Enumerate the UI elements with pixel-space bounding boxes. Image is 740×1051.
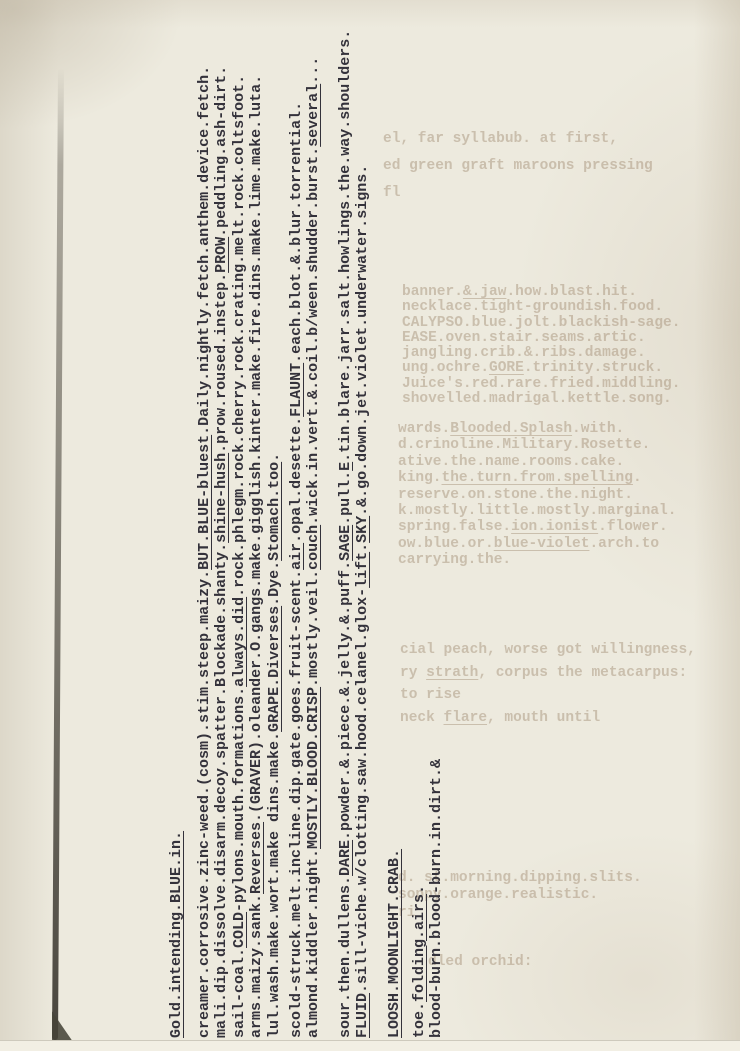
- text-segment: .trinity.struck.: [524, 360, 663, 376]
- underlined-text: Blooded.Splash: [450, 421, 572, 437]
- text-segment: creamer.corrosive.zinc-weed.(cosm).stim.…: [196, 570, 213, 1038]
- paragraph-sour-then: sour.then.dullens.DARE.powder.&.piece.&.…: [337, 53, 372, 1038]
- text-line: Gold.intending.BLUE.in.: [168, 53, 186, 1038]
- text-segment: sour.then.dullens.: [337, 876, 354, 1038]
- page-left-edge-shadow: [52, 68, 64, 1040]
- scan-bottom-edge: [0, 1040, 740, 1051]
- text-line: scold-struck.melt.incline.dip.gate.goes.…: [288, 53, 306, 1038]
- text-line: mali.dip.dissolve.disarm.decoy.spatter.B…: [213, 53, 231, 1038]
- text-segment: .pull.: [337, 471, 354, 525]
- text-segment: sail-coal.: [231, 948, 248, 1038]
- heading-loosh-moonlight-crab: LOOSH.MOONLIGHT.CRAB.: [386, 53, 404, 1038]
- underlined-text: shine-hush: [213, 453, 230, 543]
- underlined-text: COLD: [231, 912, 248, 948]
- text-segment: .opal.desette.: [288, 417, 305, 543]
- text-segment: .Daily.nightly.fetch.anthem.device.fetch…: [196, 66, 213, 435]
- text-segment: .arch.to: [589, 536, 659, 552]
- text-segment: blood-burn.blood-burn.in.dirt.&: [428, 759, 445, 1038]
- text-line: lul.wash.make.wort.make dins.make.GRAPE.…: [266, 53, 284, 1038]
- text-line: blood-burn.blood-burn.in.dirt.&: [428, 53, 446, 1038]
- paragraph-toe-folding: toe.folding.airs.blood-burn.blood-burn.i…: [411, 53, 446, 1038]
- underlined-text: several: [305, 84, 322, 147]
- text-segment: .Dye.: [266, 561, 283, 606]
- underlined-text: flare: [444, 710, 488, 726]
- text-segment: lul.wash.make.wort.make dins.make.: [266, 732, 283, 1038]
- text-line: toe.folding.airs.: [411, 53, 429, 1038]
- text-segment: .: [266, 453, 283, 462]
- underlined-text: ion.ionist: [511, 519, 598, 535]
- underlined-text: air: [288, 543, 305, 570]
- paragraph-scold-struck: scold-struck.melt.incline.dip.gate.goes.…: [288, 53, 323, 1038]
- underlined-text: Reverses: [248, 822, 265, 894]
- text-segment: .with.: [572, 421, 624, 437]
- paragraph-creamer: creamer.corrosive.zinc-weed.(cosm).stim.…: [196, 53, 284, 1038]
- underlined-text: LOOSH.MOONLIGHT.CRAB.: [386, 849, 403, 1038]
- text-segment: .wick.in.vert.&.coil.b/ween.shudder.burs…: [305, 147, 322, 525]
- text-segment: .(GRAVER).oleander.O.gangs.make.gigglish…: [248, 75, 265, 822]
- text-segment: .: [354, 543, 371, 552]
- text-segment: .each.blot.&.blur.torrential.: [288, 102, 305, 363]
- text-segment: .sill-viche.w/clotting.saw.hood.celanel.…: [354, 588, 371, 993]
- underlined-text: SAGE: [337, 525, 354, 561]
- text-line: arms.maizy.sank.Reverses.(GRAVER).oleand…: [248, 53, 266, 1038]
- text-segment: .prow.roused.instep.: [213, 273, 230, 453]
- text-segment: , corpus the metacarpus:: [478, 665, 687, 681]
- underlined-text: couch: [305, 525, 322, 570]
- heading-gold-intending-blue: Gold.intending.BLUE.in.: [168, 53, 186, 1038]
- text-segment: toe.: [411, 1002, 428, 1038]
- underlined-text: lift: [354, 552, 371, 588]
- text-segment: .&.go.down.jet.violet.underwater.signs.: [354, 165, 371, 516]
- text-line: sail-coal.COLD-pylons.mouth.formations.a…: [231, 53, 249, 1038]
- text-segment: scold-struck.melt.incline.dip.gate.goes.…: [288, 570, 305, 1038]
- text-segment: -pylons.mouth.formations.: [231, 687, 248, 912]
- underlined-text: Gold.intending.BLUE.in.: [168, 831, 185, 1038]
- underlined-text: MOSTLY.BLOOD.CRISP: [305, 687, 322, 849]
- text-segment: .powder.&.piece.&.jelly.&.puff.: [337, 561, 354, 840]
- text-line: creamer.corrosive.zinc-weed.(cosm).stim.…: [196, 53, 214, 1038]
- text-segment: .: [411, 885, 428, 894]
- text-segment: .tin.blare.jarr.salt.howlings.the.way.sh…: [337, 30, 354, 462]
- text-line: almond.kiddler.night.MOSTLY.BLOOD.CRISP.…: [305, 53, 323, 1038]
- underlined-text: GORE: [489, 360, 524, 376]
- underlined-text: &.jaw: [463, 284, 507, 300]
- text-line: FLUID.sill-viche.w/clotting.saw.hood.cel…: [354, 53, 372, 1038]
- text-segment: almond.kiddler.night.: [305, 849, 322, 1038]
- text-segment: .rock.phlegm.rock.cherry.rock.crating.me…: [231, 75, 248, 597]
- text-segment: , mouth until: [487, 710, 600, 726]
- underlined-text: DARE: [337, 840, 354, 876]
- underlined-text: always.did: [231, 597, 248, 687]
- underlined-text: blue-violet: [494, 536, 590, 552]
- text-line: LOOSH.MOONLIGHT.CRAB.: [386, 53, 404, 1038]
- text-segment: .flower.: [598, 519, 668, 535]
- text-segment: .: [633, 470, 642, 486]
- underlined-text: Stomach.too: [266, 462, 283, 561]
- text-segment: .mostly.veil.: [305, 570, 322, 687]
- text-segment: .how.blast.hit.: [506, 284, 637, 300]
- text-line: sour.then.dullens.DARE.powder.&.piece.&.…: [337, 53, 355, 1038]
- underlined-text: BUT.BLUE-bluest: [196, 435, 213, 570]
- text-segment: mali.dip.dissolve.disarm.decoy.spatter.B…: [213, 543, 230, 1038]
- text-segment: .peddling.ash-dirt.: [213, 66, 230, 237]
- underlined-text: PROW: [213, 237, 230, 273]
- underlined-text: GRAPE.Diverses: [266, 606, 283, 732]
- underlined-text: the.turn.from.spelling: [442, 470, 633, 486]
- typewritten-text-rotated: Gold.intending.BLUE.in. creamer.corrosiv…: [168, 53, 446, 1038]
- underlined-text: E: [337, 462, 354, 471]
- underlined-text: FLAUNT: [288, 363, 305, 417]
- underlined-text: SKY: [354, 516, 371, 543]
- text-segment: arms.maizy.sank.: [248, 894, 265, 1038]
- underlined-text: FLUID: [354, 993, 371, 1038]
- underlined-text: folding.airs: [411, 894, 428, 1002]
- scanned-page: el, far syllabub. at first,ed green graf…: [0, 0, 740, 1051]
- text-segment: ...: [305, 57, 322, 84]
